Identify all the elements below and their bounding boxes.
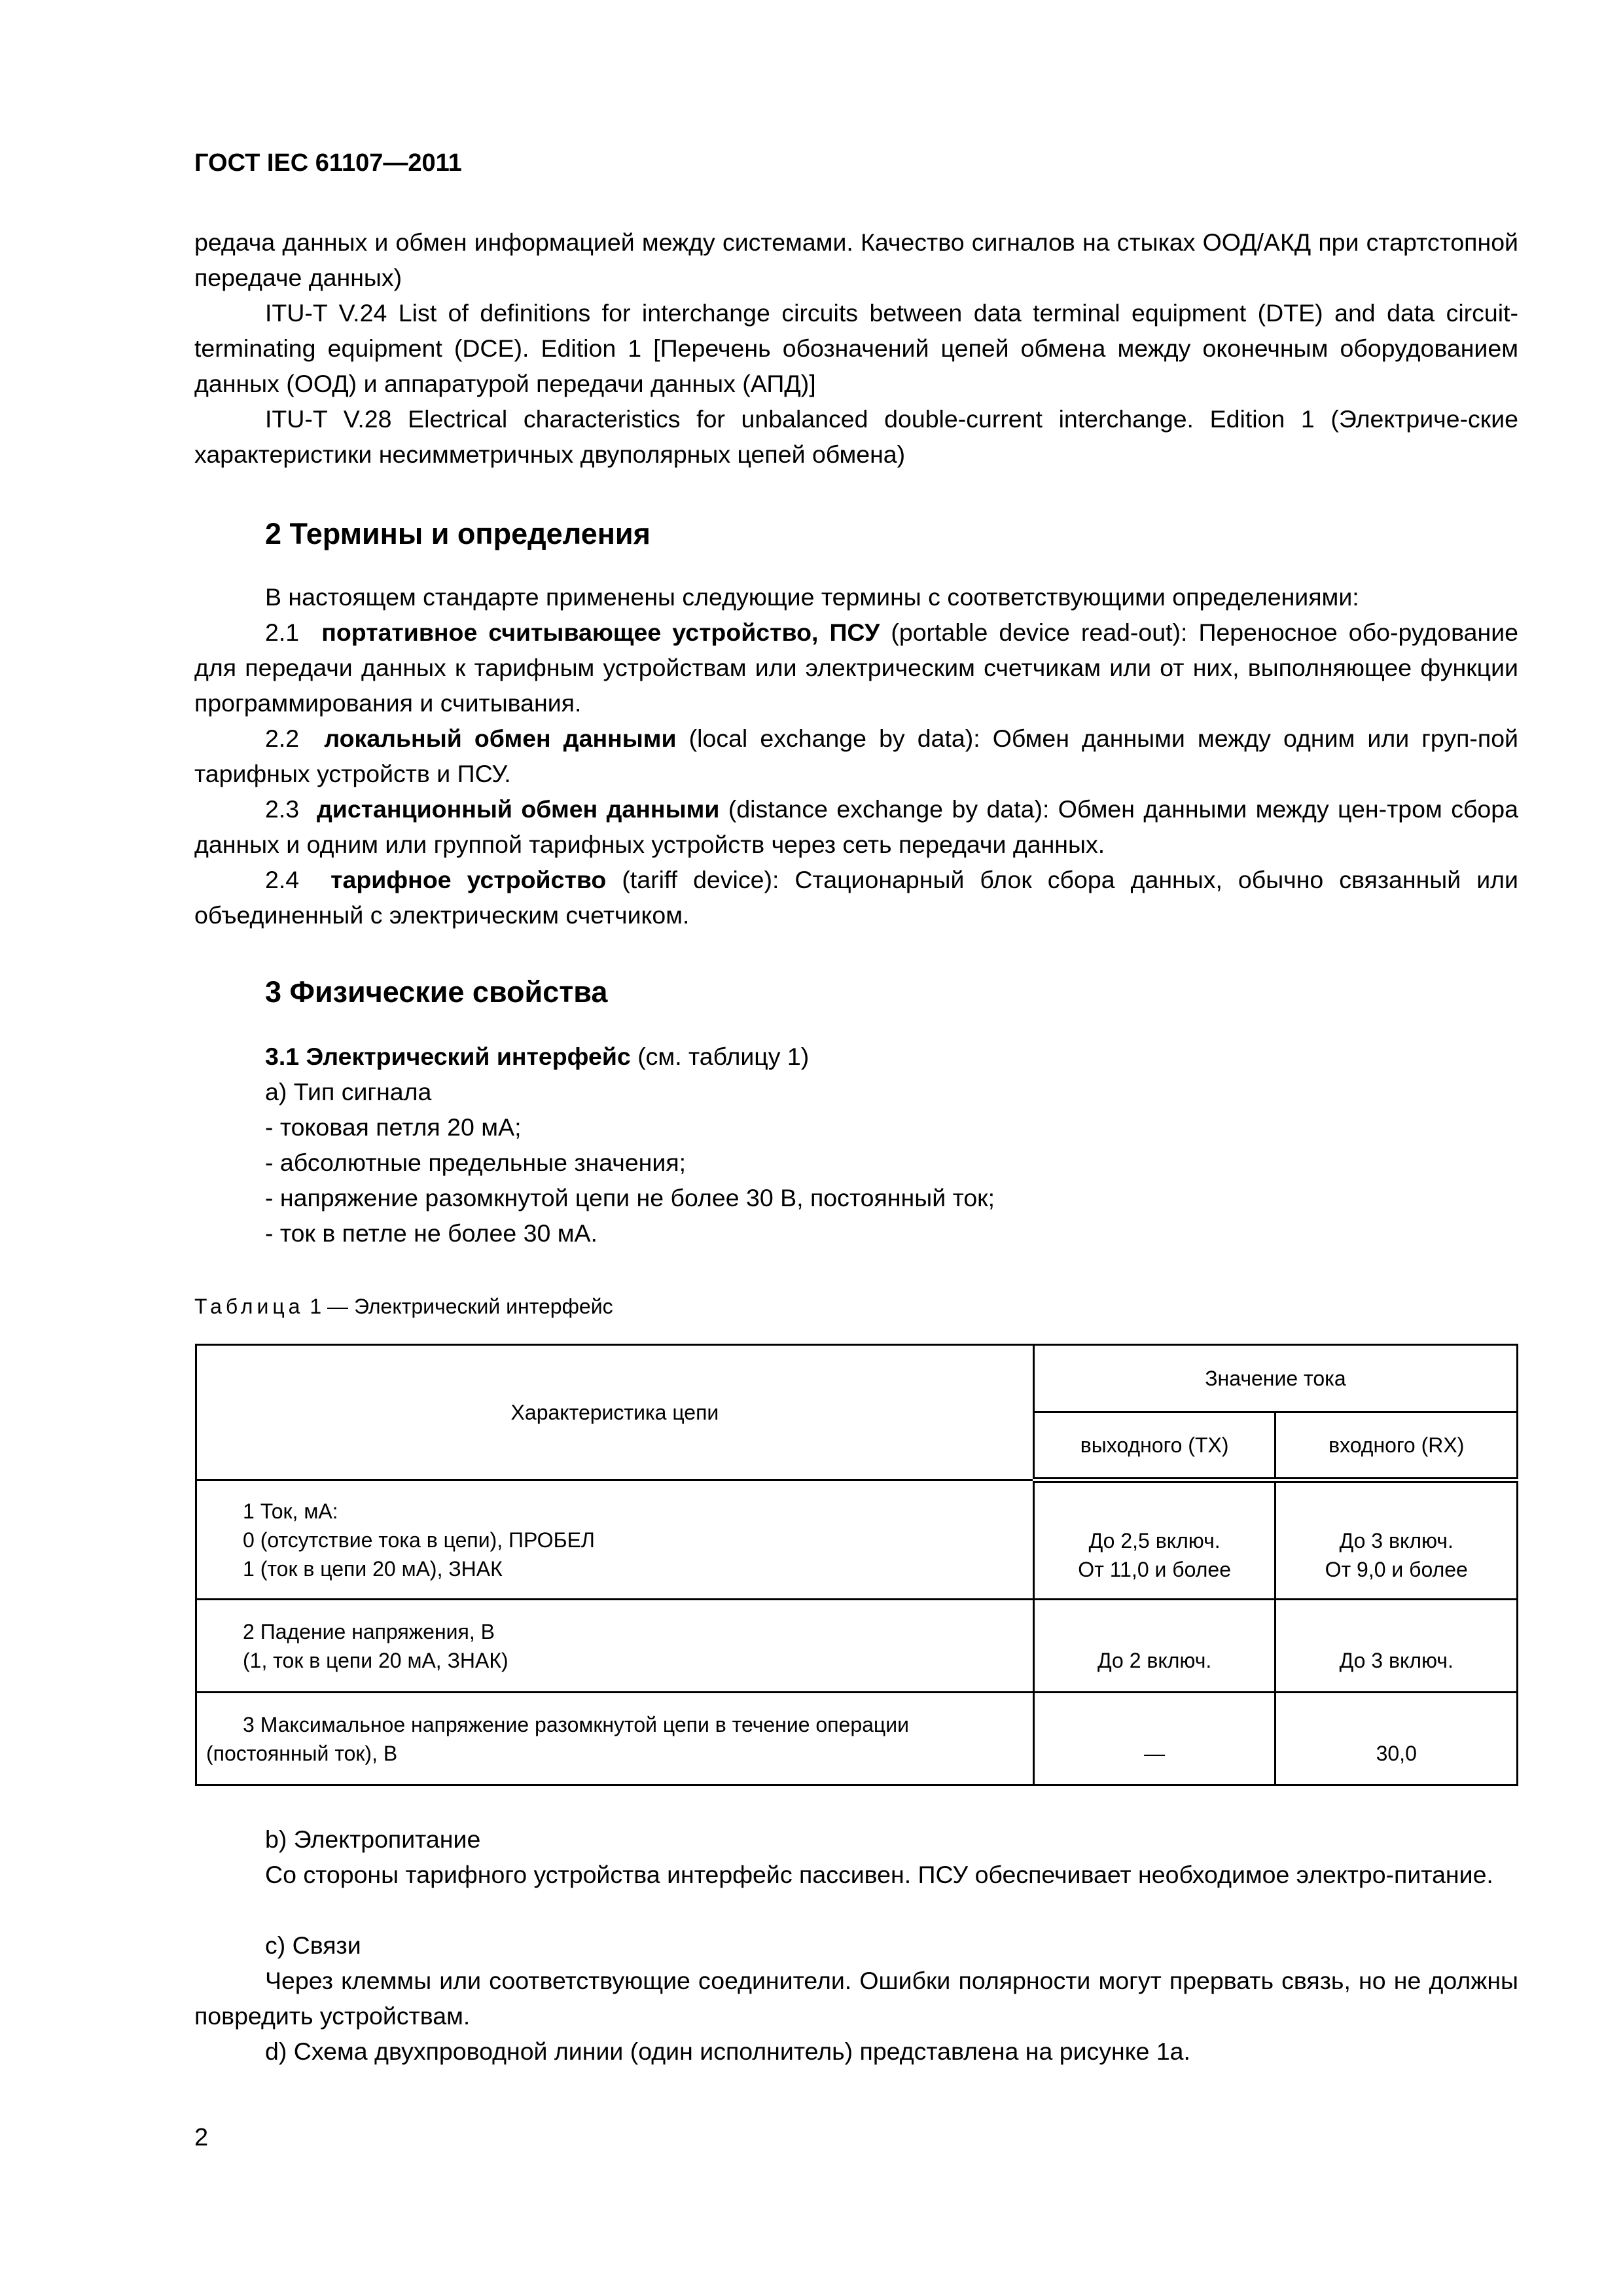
term-name: портативное считывающее устройство, ПСУ <box>321 619 880 646</box>
col-header-characteristic: Характеристика цепи <box>196 1345 1034 1480</box>
cell-line: До 3 включ. <box>1285 1646 1507 1675</box>
term-2-4: 2.4 тарифное устройство (tariff device):… <box>194 862 1518 933</box>
row-characteristic: 3 Максимальное напряжение разомкнутой це… <box>196 1693 1034 1785</box>
power-supply-label: b) Электропитание <box>265 1821 480 1857</box>
connections-label: c) Связи <box>265 1928 361 1963</box>
row-rx-value: До 3 включ. <box>1275 1600 1518 1693</box>
signal-type-item: - токовая петля 20 мА; <box>265 1109 522 1145</box>
col-header-current-value: Значение тока <box>1033 1345 1517 1412</box>
cell-line: 2 Падение напряжения, В <box>243 1617 1024 1646</box>
page-number: 2 <box>194 2124 208 2152</box>
row-characteristic: 2 Падение напряжения, В (1, ток в цепи 2… <box>196 1600 1034 1693</box>
table-caption: Таблица 1 — Электрический интерфейс <box>194 1295 613 1319</box>
signal-type-label: а) Тип сигнала <box>265 1074 431 1109</box>
table-row: 2 Падение напряжения, В (1, ток в цепи 2… <box>196 1600 1518 1693</box>
table-caption-title: 1 — Электрический интерфейс <box>310 1295 613 1318</box>
cell-line: 3 Максимальное напряжение разомкнутой це… <box>206 1710 1024 1739</box>
cell-line: (постоянный ток), В <box>206 1739 1024 1768</box>
cell-line: (1, ток в цепи 20 мА, ЗНАК) <box>243 1646 1024 1675</box>
col-header-rx: входного (RX) <box>1275 1412 1518 1480</box>
row-rx-value: 30,0 <box>1275 1693 1518 1785</box>
cell-line: 0 (отсутствие тока в цепи), ПРОБЕЛ <box>243 1526 1024 1554</box>
reference-continuation: редача данных и обмен информацией между … <box>194 224 1518 295</box>
row-tx-value: До 2,5 включ. От 11,0 и более <box>1033 1480 1275 1600</box>
two-wire-scheme-text: d) Схема двухпроводной линии (один испол… <box>265 2034 1190 2069</box>
subsection-3-1: 3.1 Электрический интерфейс (см. таблицу… <box>265 1039 809 1074</box>
connections-text: Через клеммы или соответствующие соедини… <box>194 1963 1518 2034</box>
table-row: 1 Ток, мА: 0 (отсутствие тока в цепи), П… <box>196 1480 1518 1600</box>
cell-line: До 2,5 включ. <box>1044 1526 1266 1555</box>
document-header-id: ГОСТ IEC 61107—2011 <box>194 149 462 177</box>
section-3-heading: 3 Физические свойства <box>265 975 607 1009</box>
reference-itu-v24: ITU-T V.24 List of definitions for inter… <box>194 295 1518 401</box>
cell-line: 1 Ток, мА: <box>243 1497 1024 1526</box>
term-2-2: 2.2 локальный обмен данными (local excha… <box>194 721 1518 791</box>
row-rx-value: До 3 включ. От 9,0 и более <box>1275 1480 1518 1600</box>
table-caption-word: Таблица <box>194 1295 304 1318</box>
cell-line: 1 (ток в цепи 20 мА), ЗНАК <box>243 1554 1024 1583</box>
row-characteristic: 1 Ток, мА: 0 (отсутствие тока в цепи), П… <box>196 1480 1034 1600</box>
term-2-1: 2.1 портативное считывающее устройство, … <box>194 615 1518 721</box>
section-2-heading: 2 Термины и определения <box>265 517 651 551</box>
cell-line: От 9,0 и более <box>1285 1555 1507 1584</box>
signal-type-item: - напряжение разомкнутой цепи не более 3… <box>265 1180 995 1215</box>
cell-line: До 2 включ. <box>1044 1646 1266 1675</box>
table-row: 3 Максимальное напряжение разомкнутой це… <box>196 1693 1518 1785</box>
cell-line: — <box>1044 1739 1266 1768</box>
term-number: 2.4 <box>265 866 299 893</box>
signal-type-item: - абсолютные предельные значения; <box>265 1145 686 1180</box>
power-supply-text: Со стороны тарифного устройства интерфей… <box>194 1857 1518 1892</box>
term-number: 2.1 <box>265 619 299 646</box>
term-number: 2.2 <box>265 725 299 752</box>
row-tx-value: До 2 включ. <box>1033 1600 1275 1693</box>
row-tx-value: — <box>1033 1693 1275 1785</box>
reference-itu-v28: ITU-T V.28 Electrical characteristics fo… <box>194 401 1518 472</box>
term-name: локальный обмен данными <box>324 725 676 752</box>
cell-line: От 11,0 и более <box>1044 1555 1266 1584</box>
cell-line: 30,0 <box>1285 1739 1507 1768</box>
signal-type-item: - ток в петле не более 30 мА. <box>265 1215 597 1251</box>
section-2-intro: В настоящем стандарте применены следующи… <box>194 579 1518 615</box>
cell-line: До 3 включ. <box>1285 1526 1507 1555</box>
subsection-title: 3.1 Электрический интерфейс <box>265 1043 631 1070</box>
term-name: тарифное устройство <box>330 866 606 893</box>
term-number: 2.3 <box>265 795 299 823</box>
subsection-ref: (см. таблицу 1) <box>637 1043 809 1070</box>
term-name: дистанционный обмен данными <box>317 795 719 823</box>
electrical-interface-table: Характеристика цепи Значение тока выходн… <box>195 1344 1518 1786</box>
term-2-3: 2.3 дистанционный обмен данными (distanc… <box>194 791 1518 862</box>
col-header-tx: выходного (ТХ) <box>1033 1412 1275 1480</box>
